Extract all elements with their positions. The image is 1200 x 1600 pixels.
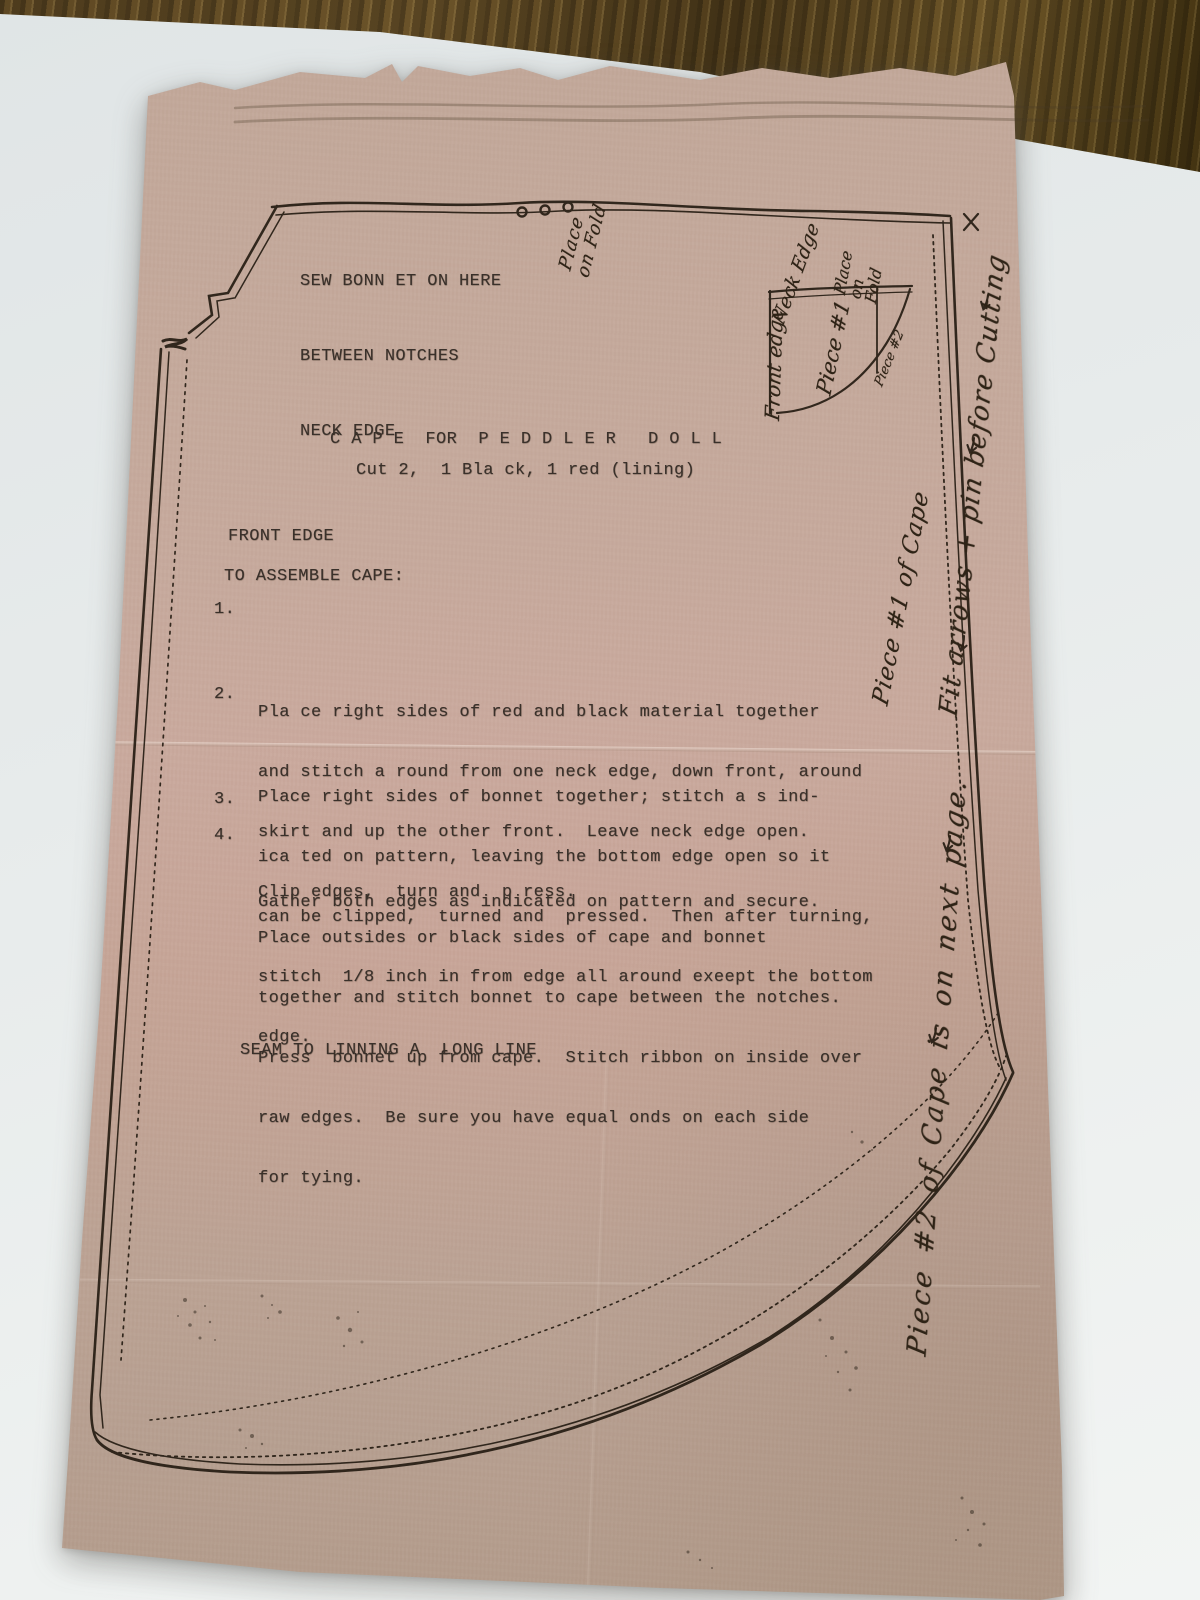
bonnet-note-line: SEW BONN ET ON HERE <box>300 269 501 294</box>
step-number: 4. <box>214 825 235 846</box>
left-seam-dotted-line <box>121 360 187 1360</box>
step-number: 1. <box>214 599 235 620</box>
step-line: for tying. <box>258 1170 862 1188</box>
circle-dots-icon <box>518 203 573 217</box>
ink-transfer-smudge-lines <box>235 102 1148 122</box>
assemble-heading: TO ASSEMBLE CAPE: <box>224 566 404 587</box>
step-number: 3. <box>214 789 235 810</box>
photo-of-pattern-sheet: SEW BONN ET ON HERE BETWEEN NOTCHES NECK… <box>0 0 1200 1600</box>
bonnet-placement-note: SEW BONN ET ON HERE BETWEEN NOTCHES NECK… <box>300 219 501 494</box>
step-line: Place outsides or black sides of cape an… <box>258 930 862 948</box>
seam-note: SEAM TO LINNING A LONG LINE <box>240 1040 537 1061</box>
front-edge-label: FRONT EDGE <box>228 526 334 547</box>
step-line: raw edges. Be sure you have equal onds o… <box>258 1110 862 1128</box>
cutting-instruction: Cut 2, 1 Bla ck, 1 red (lining) <box>356 460 695 481</box>
step-line: together and stitch bonnet to cape betwe… <box>258 990 862 1008</box>
bonnet-note-line: BETWEEN NOTCHES <box>300 344 501 369</box>
cross-mark-icon <box>964 214 978 230</box>
notch-scribble-mark <box>163 339 187 349</box>
page-title: C A P E FOR P E D D L E R D O L L <box>330 429 722 450</box>
step-number: 2. <box>214 684 235 705</box>
